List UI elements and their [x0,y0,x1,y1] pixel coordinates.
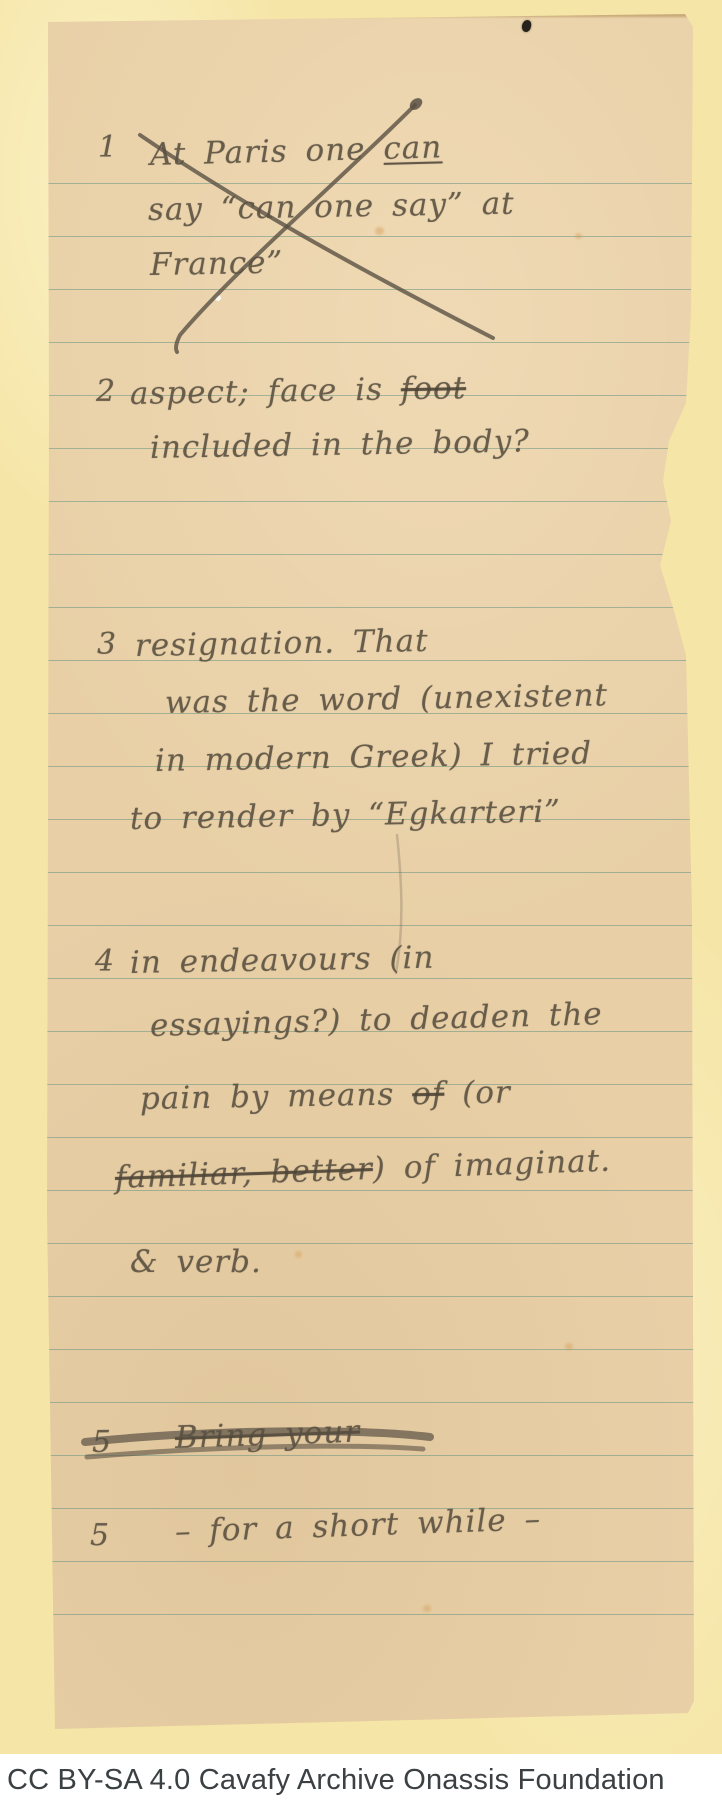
item-4-line-1: in endeavours (in [130,940,435,981]
paper-top-edge [45,13,694,17]
handwriting-text: At Paris one [150,131,384,173]
item-2-line-2: included in the body? [150,423,530,466]
underlined-word: can [383,129,443,167]
item-3-number: 3 [97,627,117,663]
handwriting-text: resignation. That [135,623,429,664]
item-2-line-1: aspect; face is foot [130,370,467,412]
manuscript-paper: 1 At Paris one can say “can one say” at … [45,13,694,1730]
struck-word: of [412,1076,445,1113]
handwriting-text: pain by means [140,1076,413,1117]
handwriting-text: included in the body? [150,423,530,466]
item-1-number: 1 [98,130,118,166]
item-3-line-3: in modern Greek) I tried [155,735,593,779]
handwriting-text: in modern Greek) I tried [155,735,593,779]
item-4-number: 4 [95,944,115,980]
handwriting-text: France” [150,245,284,283]
item-3-line-4: to render by “Egkarteri” [130,793,562,837]
item-4-line-3: pain by means of (or [140,1075,511,1117]
struck-words: Bring your [174,1414,360,1456]
ink-dot [521,19,532,33]
pencil-blob [407,96,424,113]
item-1-line-1: At Paris one can [150,129,443,173]
handwriting-text: say “can one say” at [148,186,515,228]
license-attribution-bar: CC BY-SA 4.0 Cavafy Archive Onassis Foun… [0,1754,722,1807]
handwriting-text: (or [444,1075,511,1112]
item-5-crossed-text: Bring your [174,1414,360,1456]
item-4-line-5: & verb. [130,1244,262,1280]
item-3-line-1: resignation. That [135,623,429,664]
item-2-number: 2 [96,374,116,410]
item-1-line-2: say “can one say” at [148,186,515,228]
handwriting-text: & verb. [130,1244,262,1280]
item-1-line-3: France” [150,245,284,283]
item-5-number: 5 [90,1518,110,1554]
handwriting-text: to render by “Egkarteri” [130,793,562,837]
license-attribution-text: CC BY-SA 4.0 Cavafy Archive Onassis Foun… [7,1764,665,1797]
item-5-crossed-number: 5 [92,1425,113,1461]
handwriting-text: in endeavours (in [130,940,435,981]
struck-word: foot [401,370,467,407]
handwriting-text: aspect; face is [130,371,401,412]
